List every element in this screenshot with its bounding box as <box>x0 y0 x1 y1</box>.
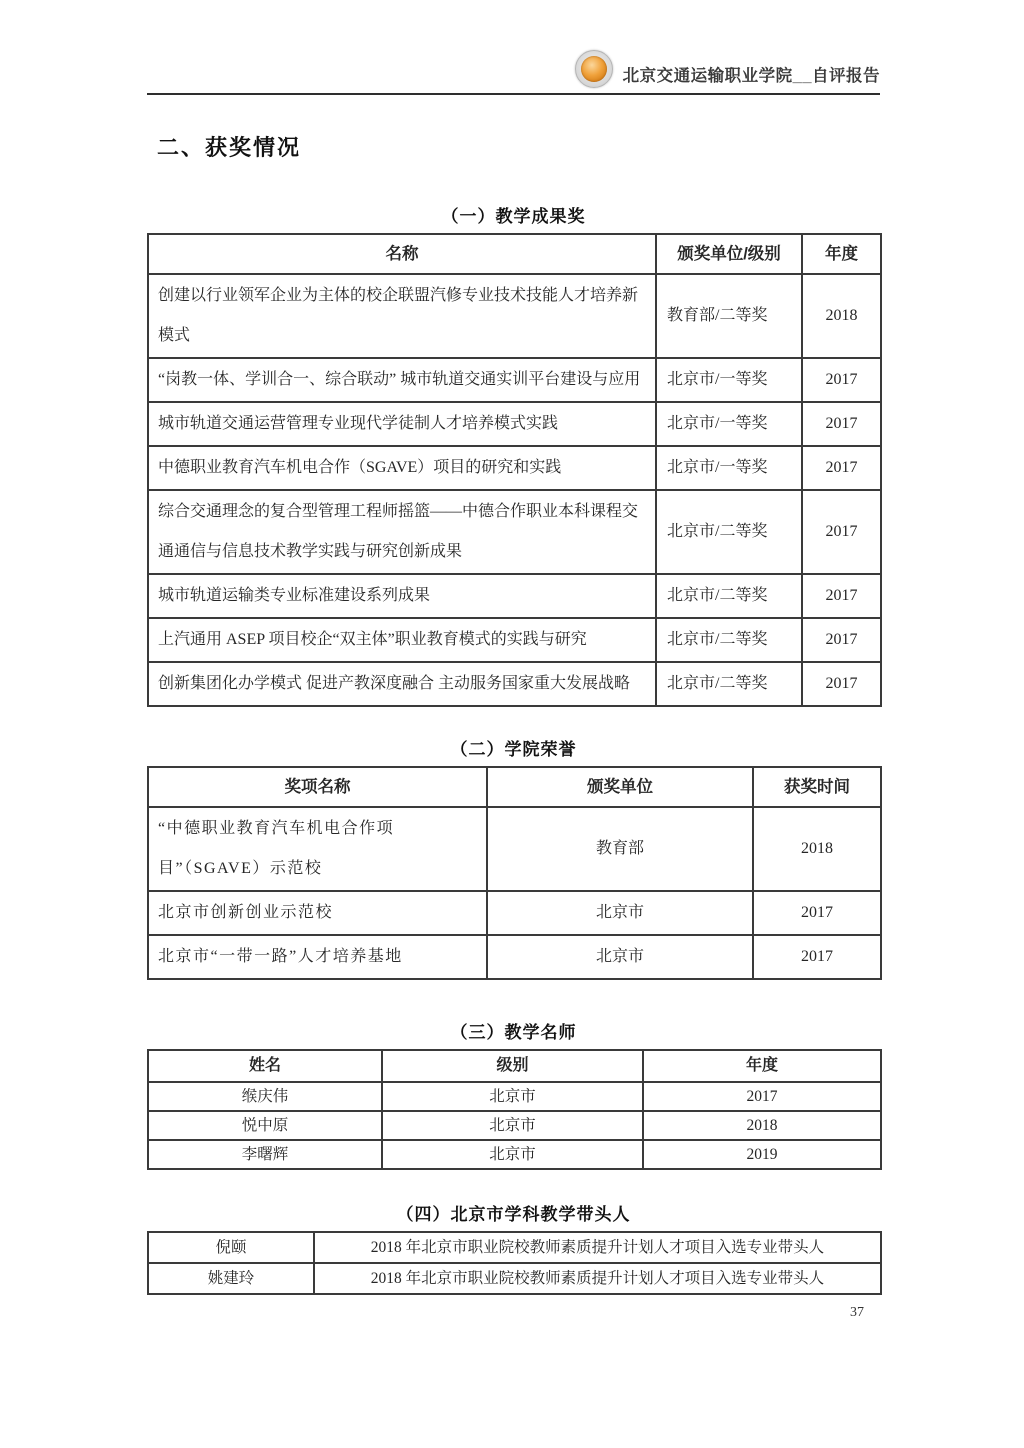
column-header: 姓名 <box>148 1050 382 1082</box>
column-header: 年度 <box>643 1050 881 1082</box>
college-honors-table: 奖项名称颁奖单位获奖时间 “中德职业教育汽车机电合作项目”（SGAVE）示范校教… <box>147 766 882 980</box>
table-row: 创新集团化办学模式 促进产教深度融合 主动服务国家重大发展战略北京市/二等奖20… <box>148 662 881 706</box>
teaching-achievement-awards-table: 名称颁奖单位/级别年度 创建以行业领军企业为主体的校企联盟汽修专业技术技能人才培… <box>147 233 882 707</box>
table-row: 北京市“一带一路”人才培养基地北京市2017 <box>148 935 881 979</box>
column-header: 年度 <box>802 234 881 274</box>
column-header: 颁奖单位 <box>487 767 753 807</box>
table-cell: 教育部 <box>487 807 753 891</box>
table-row: 城市轨道运输类专业标准建设系列成果北京市/二等奖2017 <box>148 574 881 618</box>
table-cell: 创新集团化办学模式 促进产教深度融合 主动服务国家重大发展战略 <box>148 662 656 706</box>
table-row: 悦中原北京市2018 <box>148 1111 881 1140</box>
table-caption-college-honors: （二）学院荣誉 <box>147 735 880 760</box>
table-cell: 2017 <box>802 358 881 402</box>
table-cell: 上汽通用 ASEP 项目校企“双主体”职业教育模式的实践与研究 <box>148 618 656 662</box>
table-row: 中德职业教育汽车机电合作（SGAVE）项目的研究和实践北京市/一等奖2017 <box>148 446 881 490</box>
table-row: “岗教一体、学训合一、综合联动” 城市轨道交通实训平台建设与应用北京市/一等奖2… <box>148 358 881 402</box>
table-cell: 2017 <box>802 490 881 574</box>
table-cell: 李曙辉 <box>148 1140 382 1169</box>
table-cell: 2017 <box>753 935 881 979</box>
document-header-title: 北京交通运输职业学院__自评报告 <box>623 65 880 88</box>
table-cell: 2017 <box>802 446 881 490</box>
table-cell: 综合交通理念的复合型管理工程师摇篮——中德合作职业本科课程交通通信与信息技术教学… <box>148 490 656 574</box>
table-cell: 北京市/一等奖 <box>656 446 802 490</box>
table-row: 李曙辉北京市2019 <box>148 1140 881 1169</box>
school-seal-icon <box>575 50 613 88</box>
table-row: 缑庆伟北京市2017 <box>148 1082 881 1111</box>
table-caption-famous-teachers: （三）教学名师 <box>147 1018 880 1043</box>
table-cell: 2018 年北京市职业院校教师素质提升计划人才项目入选专业带头人 <box>314 1232 881 1263</box>
table-cell: 北京市“一带一路”人才培养基地 <box>148 935 487 979</box>
table-cell: 2018 <box>802 274 881 358</box>
table-cell: 城市轨道运输类专业标准建设系列成果 <box>148 574 656 618</box>
table-cell: 2017 <box>802 618 881 662</box>
table-cell: 中德职业教育汽车机电合作（SGAVE）项目的研究和实践 <box>148 446 656 490</box>
column-header: 奖项名称 <box>148 767 487 807</box>
table-cell: 2017 <box>802 574 881 618</box>
table-header-row: 奖项名称颁奖单位获奖时间 <box>148 767 881 807</box>
column-header: 名称 <box>148 234 656 274</box>
table-cell: 北京市 <box>382 1111 643 1140</box>
column-header: 颁奖单位/级别 <box>656 234 802 274</box>
table-cell: 2017 <box>802 402 881 446</box>
table-row: “中德职业教育汽车机电合作项目”（SGAVE）示范校教育部2018 <box>148 807 881 891</box>
table-cell: 教育部/二等奖 <box>656 274 802 358</box>
table-cell: 创建以行业领军企业为主体的校企联盟汽修专业技术技能人才培养新模式 <box>148 274 656 358</box>
table-row: 北京市创新创业示范校北京市2017 <box>148 891 881 935</box>
table-header-row: 姓名级别年度 <box>148 1050 881 1082</box>
subject-leaders-table: 倪颐2018 年北京市职业院校教师素质提升计划人才项目入选专业带头人姚建玲201… <box>147 1231 882 1295</box>
table-cell: 姚建玲 <box>148 1263 314 1294</box>
column-header: 获奖时间 <box>753 767 881 807</box>
document-header: 北京交通运输职业学院__自评报告 <box>147 0 880 95</box>
table-caption-subject-leaders: （四）北京市学科教学带头人 <box>147 1200 880 1225</box>
table-cell: 2018 年北京市职业院校教师素质提升计划人才项目入选专业带头人 <box>314 1263 881 1294</box>
table-row: 倪颐2018 年北京市职业院校教师素质提升计划人才项目入选专业带头人 <box>148 1232 881 1263</box>
school-seal-core-icon <box>581 56 607 82</box>
table-cell: 悦中原 <box>148 1111 382 1140</box>
page-number: 37 <box>147 1305 880 1321</box>
report-page: 北京交通运输职业学院__自评报告 二、获奖情况 （一）教学成果奖 名称颁奖单位/… <box>0 0 1024 1448</box>
table-cell: 北京市/二等奖 <box>656 662 802 706</box>
table-cell: 2019 <box>643 1140 881 1169</box>
table-cell: 北京市/二等奖 <box>656 618 802 662</box>
table-cell: 2017 <box>802 662 881 706</box>
table-cell: 2018 <box>753 807 881 891</box>
table-cell: 2017 <box>643 1082 881 1111</box>
famous-teachers-table: 姓名级别年度 缑庆伟北京市2017悦中原北京市2018李曙辉北京市2019 <box>147 1049 882 1170</box>
table-row: 创建以行业领军企业为主体的校企联盟汽修专业技术技能人才培养新模式教育部/二等奖2… <box>148 274 881 358</box>
table-caption-teaching-awards: （一）教学成果奖 <box>147 202 880 227</box>
table-cell: 北京市 <box>487 891 753 935</box>
table-cell: “岗教一体、学训合一、综合联动” 城市轨道交通实训平台建设与应用 <box>148 358 656 402</box>
table-cell: 2017 <box>753 891 881 935</box>
table-cell: 北京市/一等奖 <box>656 358 802 402</box>
table-cell: 北京市创新创业示范校 <box>148 891 487 935</box>
table-cell: 北京市 <box>487 935 753 979</box>
table-cell: 缑庆伟 <box>148 1082 382 1111</box>
table-cell: 北京市/二等奖 <box>656 574 802 618</box>
table-header-row: 名称颁奖单位/级别年度 <box>148 234 881 274</box>
table-cell: 城市轨道交通运营管理专业现代学徒制人才培养模式实践 <box>148 402 656 446</box>
table-cell: 北京市 <box>382 1140 643 1169</box>
section-title: 二、获奖情况 <box>157 131 880 162</box>
table-cell: 北京市/一等奖 <box>656 402 802 446</box>
table-cell: 北京市 <box>382 1082 643 1111</box>
table-cell: 北京市/二等奖 <box>656 490 802 574</box>
column-header: 级别 <box>382 1050 643 1082</box>
table-row: 综合交通理念的复合型管理工程师摇篮——中德合作职业本科课程交通通信与信息技术教学… <box>148 490 881 574</box>
table-row: 城市轨道交通运营管理专业现代学徒制人才培养模式实践北京市/一等奖2017 <box>148 402 881 446</box>
table-cell: “中德职业教育汽车机电合作项目”（SGAVE）示范校 <box>148 807 487 891</box>
table-row: 上汽通用 ASEP 项目校企“双主体”职业教育模式的实践与研究北京市/二等奖20… <box>148 618 881 662</box>
table-cell: 2018 <box>643 1111 881 1140</box>
table-cell: 倪颐 <box>148 1232 314 1263</box>
page-content: 北京交通运输职业学院__自评报告 二、获奖情况 （一）教学成果奖 名称颁奖单位/… <box>147 0 880 1321</box>
table-row: 姚建玲2018 年北京市职业院校教师素质提升计划人才项目入选专业带头人 <box>148 1263 881 1294</box>
